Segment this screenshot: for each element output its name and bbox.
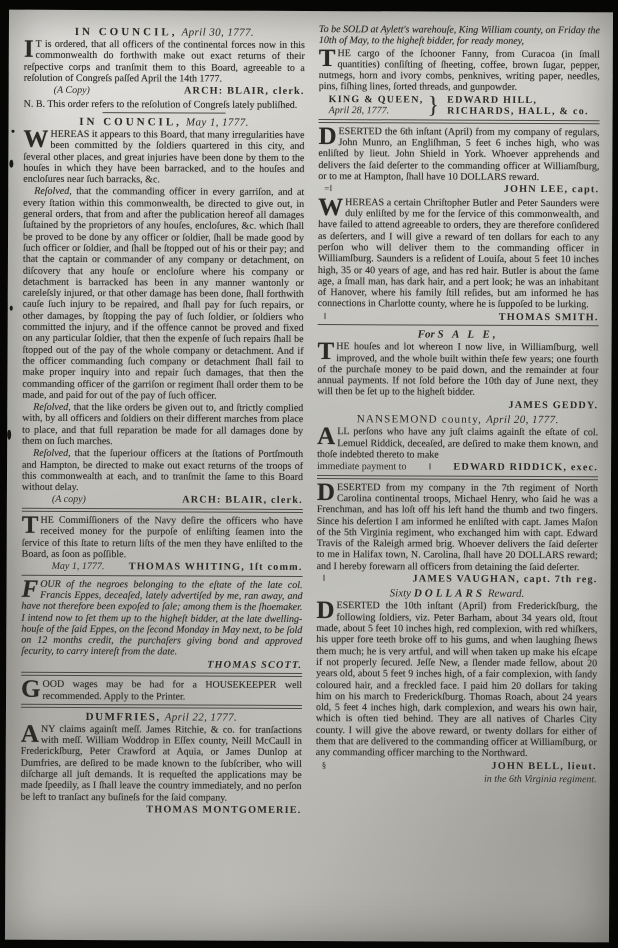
- signature-row: immediate payment to ‖ EDWARD RIDDICK, e…: [317, 461, 598, 474]
- signature-row: THOMAS SCOTT.: [21, 658, 302, 671]
- drop-cap: D: [318, 126, 338, 147]
- divider-rule: [22, 508, 303, 513]
- signature-second-line: in the 6th Virginia regiment.: [316, 773, 597, 786]
- signature-row: (A copy) ARCH: BLAIR, clerk.: [22, 494, 303, 507]
- heading-lead: For: [418, 329, 435, 341]
- article-heading: DUMFRIES,April 22, 1777.: [21, 711, 302, 724]
- scan-background: { "left": { "council_apr": { "head": "IN…: [0, 0, 618, 948]
- article-body: ANY claims againſt meſſ. James Ritchie, …: [21, 724, 302, 804]
- signature: JOHN BELL, lieut.: [491, 760, 596, 772]
- drop-cap: D: [316, 601, 336, 622]
- resolved-lead: Reſolved,: [34, 186, 72, 197]
- article-heading: NANSEMOND county,April 20, 1777.: [317, 413, 598, 426]
- signature: THOMAS SCOTT.: [207, 659, 302, 671]
- heading-place: NANSEMOND county,: [357, 413, 482, 426]
- drop-cap: A: [21, 724, 41, 745]
- article-riddick-estate: NANSEMOND county,April 20, 1777. ALL per…: [317, 413, 598, 480]
- body-tail: immediate payment to: [317, 461, 406, 473]
- ink-speck: [10, 306, 13, 311]
- article-body: DESERTED the 6th inſtant (April) from my…: [318, 126, 599, 184]
- printer-mark: =‖: [324, 183, 332, 195]
- body-text: HE houſes and lot whereon I now live, in…: [317, 341, 598, 398]
- resolved-paragraph: Reſolved, that the commanding officer in…: [22, 186, 304, 402]
- heading-caps: DOLLARS: [414, 588, 485, 600]
- body-text: HEREAS it appears to this Board, that ma…: [23, 129, 304, 186]
- article-council-april30: IN COUNCIL,April 30, 1777. IT is ordered…: [24, 26, 305, 114]
- brace-glyph: }: [428, 100, 440, 112]
- signature: THOMAS SMITH.: [499, 312, 599, 324]
- article-body: DESERTED the 10th inſtant (April) from F…: [316, 601, 598, 760]
- body-text: that the commanding officer in every gar…: [22, 186, 304, 401]
- heading-date: April 30, 1777.: [181, 26, 254, 38]
- body-text: ESERTED from my company in the 7th regim…: [317, 482, 598, 573]
- signature: JAMES GEDDY.: [508, 400, 598, 412]
- printer-mark: ‖: [324, 311, 327, 323]
- date-note: May 1, 1777.: [52, 561, 105, 573]
- divider-rule: [21, 672, 302, 677]
- signature: RICHARDS, HALL, & co.: [447, 106, 589, 118]
- signature-row: JAMES GEDDY.: [317, 399, 598, 412]
- printer-mark: ‖: [323, 573, 326, 585]
- names-block: EDWARD HILL, RICHARDS, HALL, & co.: [447, 94, 589, 118]
- divider-rule: [318, 324, 599, 326]
- article-housekeeper-wanted: GOOD wages may be had for a HOUSEKEEPER …: [21, 679, 302, 709]
- signature: THOMAS MONTGOMERIE.: [146, 804, 301, 816]
- signature: JAMES VAUGHAN, capt. 7th reg.: [412, 573, 597, 585]
- body-text: OUR of the negroes belonging to the eſta…: [21, 579, 302, 658]
- drop-cap: G: [21, 679, 43, 700]
- body-text: LL perſons who have any juſt claims agai…: [317, 426, 598, 460]
- signature-row: May 1, 1777. THOMAS WHITING, 1ſt comm.: [22, 561, 303, 574]
- body-text: HE Commiſſioners of the Navy deſire the …: [22, 515, 303, 560]
- article-deserter-munro: DESERTED the 6th inſtant (April) from my…: [318, 126, 599, 196]
- resolved-lead: Reſolved,: [33, 448, 71, 459]
- newspaper-page: IN COUNCIL,April 30, 1777. IT is ordered…: [5, 10, 613, 943]
- article-body: GOOD wages may be had for a HOUSEKEEPER …: [21, 679, 302, 703]
- divider-rule: [319, 119, 600, 124]
- signature: JOHN LEE, capt.: [504, 184, 600, 196]
- article-deserter-henry: DESERTED from my company in the 7th regi…: [317, 482, 598, 586]
- signature-brace-block: KING & QUEEN, April 28, 1777. } EDWARD H…: [319, 94, 600, 118]
- heading-date: April 20, 1777.: [486, 414, 559, 426]
- left-column: IN COUNCIL,April 30, 1777. IT is ordered…: [21, 23, 305, 819]
- article-aylett-cargo-sale: To be SOLD at Aylett's warehouſe, King W…: [319, 24, 600, 124]
- body-text: HEREAS a certain Chriſtopher Butler and …: [318, 197, 599, 311]
- copy-note: (A Copy): [54, 85, 90, 97]
- drop-cap: T: [22, 515, 41, 536]
- body-text: ESERTED the 6th inſtant (April) from my …: [318, 126, 599, 183]
- heading-caps: IN COUNCIL,: [79, 116, 182, 128]
- place-line: KING & QUEEN,: [329, 94, 424, 106]
- article-geddy-house-sale: For S A L E, THE houſes and lot whereon …: [317, 328, 598, 411]
- heading-lead: Sixty: [390, 588, 411, 600]
- signature: ARCH: BLAIR, clerk.: [184, 86, 305, 98]
- article-body: WHEREAS a certain Chriſtopher Butler and…: [318, 197, 599, 311]
- article-sixty-dollars-reward: Sixty DOLLARS Reward. DESERTED the 10th …: [316, 588, 598, 786]
- right-column: To be SOLD at Aylett's warehouſe, King W…: [316, 24, 600, 820]
- ink-speck: [9, 160, 13, 168]
- body-text: HE cargo of the ſchooner Fanny, from Cur…: [319, 48, 600, 94]
- heading-date: April 22, 1777.: [165, 711, 238, 723]
- signature: EDWARD RIDDICK, exec.: [453, 462, 598, 474]
- ink-speck: [7, 430, 11, 440]
- signature: EDWARD HILL,: [447, 94, 589, 106]
- resolved-paragraph: Reſolved, that the ſuperiour officers at…: [22, 448, 303, 494]
- signature: THOMAS WHITING, 1ſt comm.: [129, 561, 303, 573]
- divider-rule: [21, 704, 302, 709]
- body-text: T is ordered, that all officers of the c…: [24, 39, 305, 85]
- heading-place: DUMFRIES,: [86, 711, 161, 723]
- drop-cap: T: [319, 48, 338, 69]
- place-date-block: KING & QUEEN, April 28, 1777.: [329, 94, 424, 117]
- drop-cap: W: [23, 129, 50, 150]
- signature-row: =‖ JOHN LEE, capt.: [318, 183, 599, 196]
- resolved-paragraph: Reſolved, that the like orders be given …: [22, 402, 303, 448]
- nota-bene: N. B. This order refers to the reſolutio…: [24, 98, 305, 111]
- drop-cap: T: [317, 341, 336, 362]
- article-heading: For S A L E,: [318, 328, 599, 341]
- article-heading: Sixty DOLLARS Reward.: [316, 588, 597, 601]
- drop-cap: F: [21, 578, 40, 599]
- body-text: OOD wages may be had for a HOUSEKEEPER w…: [42, 679, 302, 702]
- drop-cap: I: [24, 39, 36, 60]
- heading-tail: Reward.: [488, 588, 525, 600]
- article-ritchie-claims: DUMFRIES,April 22, 1777. ANY claims agai…: [21, 711, 302, 817]
- article-body: THE houſes and lot whereon I now live, i…: [317, 341, 598, 399]
- drop-cap: W: [318, 197, 345, 218]
- article-body: THE cargo of the ſchooner Fanny, from Cu…: [319, 48, 600, 94]
- article-body: DESERTED from my company in the 7th regi…: [317, 482, 598, 574]
- copy-note: (A copy): [52, 494, 86, 506]
- article-navy-commissioners: THE Commiſſioners of the Navy deſire the…: [22, 515, 303, 577]
- signature: ARCH: BLAIR, clerk.: [182, 495, 303, 507]
- divider-rule: [22, 574, 303, 576]
- heading-caps: IN COUNCIL,: [75, 26, 178, 38]
- article-body: WHEREAS it appears to this Board, that m…: [23, 129, 304, 187]
- article-body: FOUR of the negroes belonging to the eſt…: [21, 578, 302, 658]
- article-intro: To be SOLD at Aylett's warehouſe, King W…: [319, 24, 600, 48]
- ink-speck: [11, 130, 14, 133]
- article-eppes-negroes-sale: FOUR of the negroes belonging to the eſt…: [21, 578, 302, 677]
- signature-row: § JOHN BELL, lieut.: [316, 760, 597, 773]
- printer-mark: ‖: [429, 462, 432, 474]
- signature-row: ‖ JAMES VAUGHAN, capt. 7th reg.: [317, 573, 598, 586]
- body-text: ESERTED the 10th inſtant (April) from Fr…: [316, 601, 598, 760]
- article-body: IT is ordered, that all officers of the …: [24, 39, 305, 85]
- printer-mark: §: [322, 760, 327, 772]
- article-heading: IN COUNCIL,April 30, 1777.: [24, 26, 305, 39]
- article-body: ALL perſons who have any juſt claims aga…: [317, 426, 598, 461]
- resolved-lead: Reſolved,: [33, 402, 71, 413]
- article-heading: IN COUNCIL,May 1, 1777.: [24, 116, 305, 129]
- divider-rule: [317, 475, 598, 480]
- drop-cap: A: [317, 426, 337, 447]
- article-deserters-butler-saunders: WHEREAS a certain Chriſtopher Butler and…: [318, 197, 600, 327]
- signature-row: THOMAS MONTGOMERIE.: [21, 804, 302, 817]
- body-text: NY claims againſt meſſ. James Ritchie, &…: [21, 724, 302, 804]
- drop-cap: D: [317, 482, 337, 503]
- heading-date: May 1, 1777.: [186, 116, 249, 128]
- date-line: April 28, 1777.: [329, 105, 424, 117]
- article-council-may1: IN COUNCIL,May 1, 1777. WHEREAS it appea…: [22, 116, 305, 513]
- signature-row: (A Copy) ARCH: BLAIR, clerk.: [24, 85, 305, 98]
- signature-row: ‖ THOMAS SMITH.: [318, 311, 599, 324]
- divider-rule: [102, 112, 226, 114]
- article-body: THE Commiſſioners of the Navy deſire the…: [22, 515, 303, 561]
- heading-caps: S A L E,: [437, 329, 498, 341]
